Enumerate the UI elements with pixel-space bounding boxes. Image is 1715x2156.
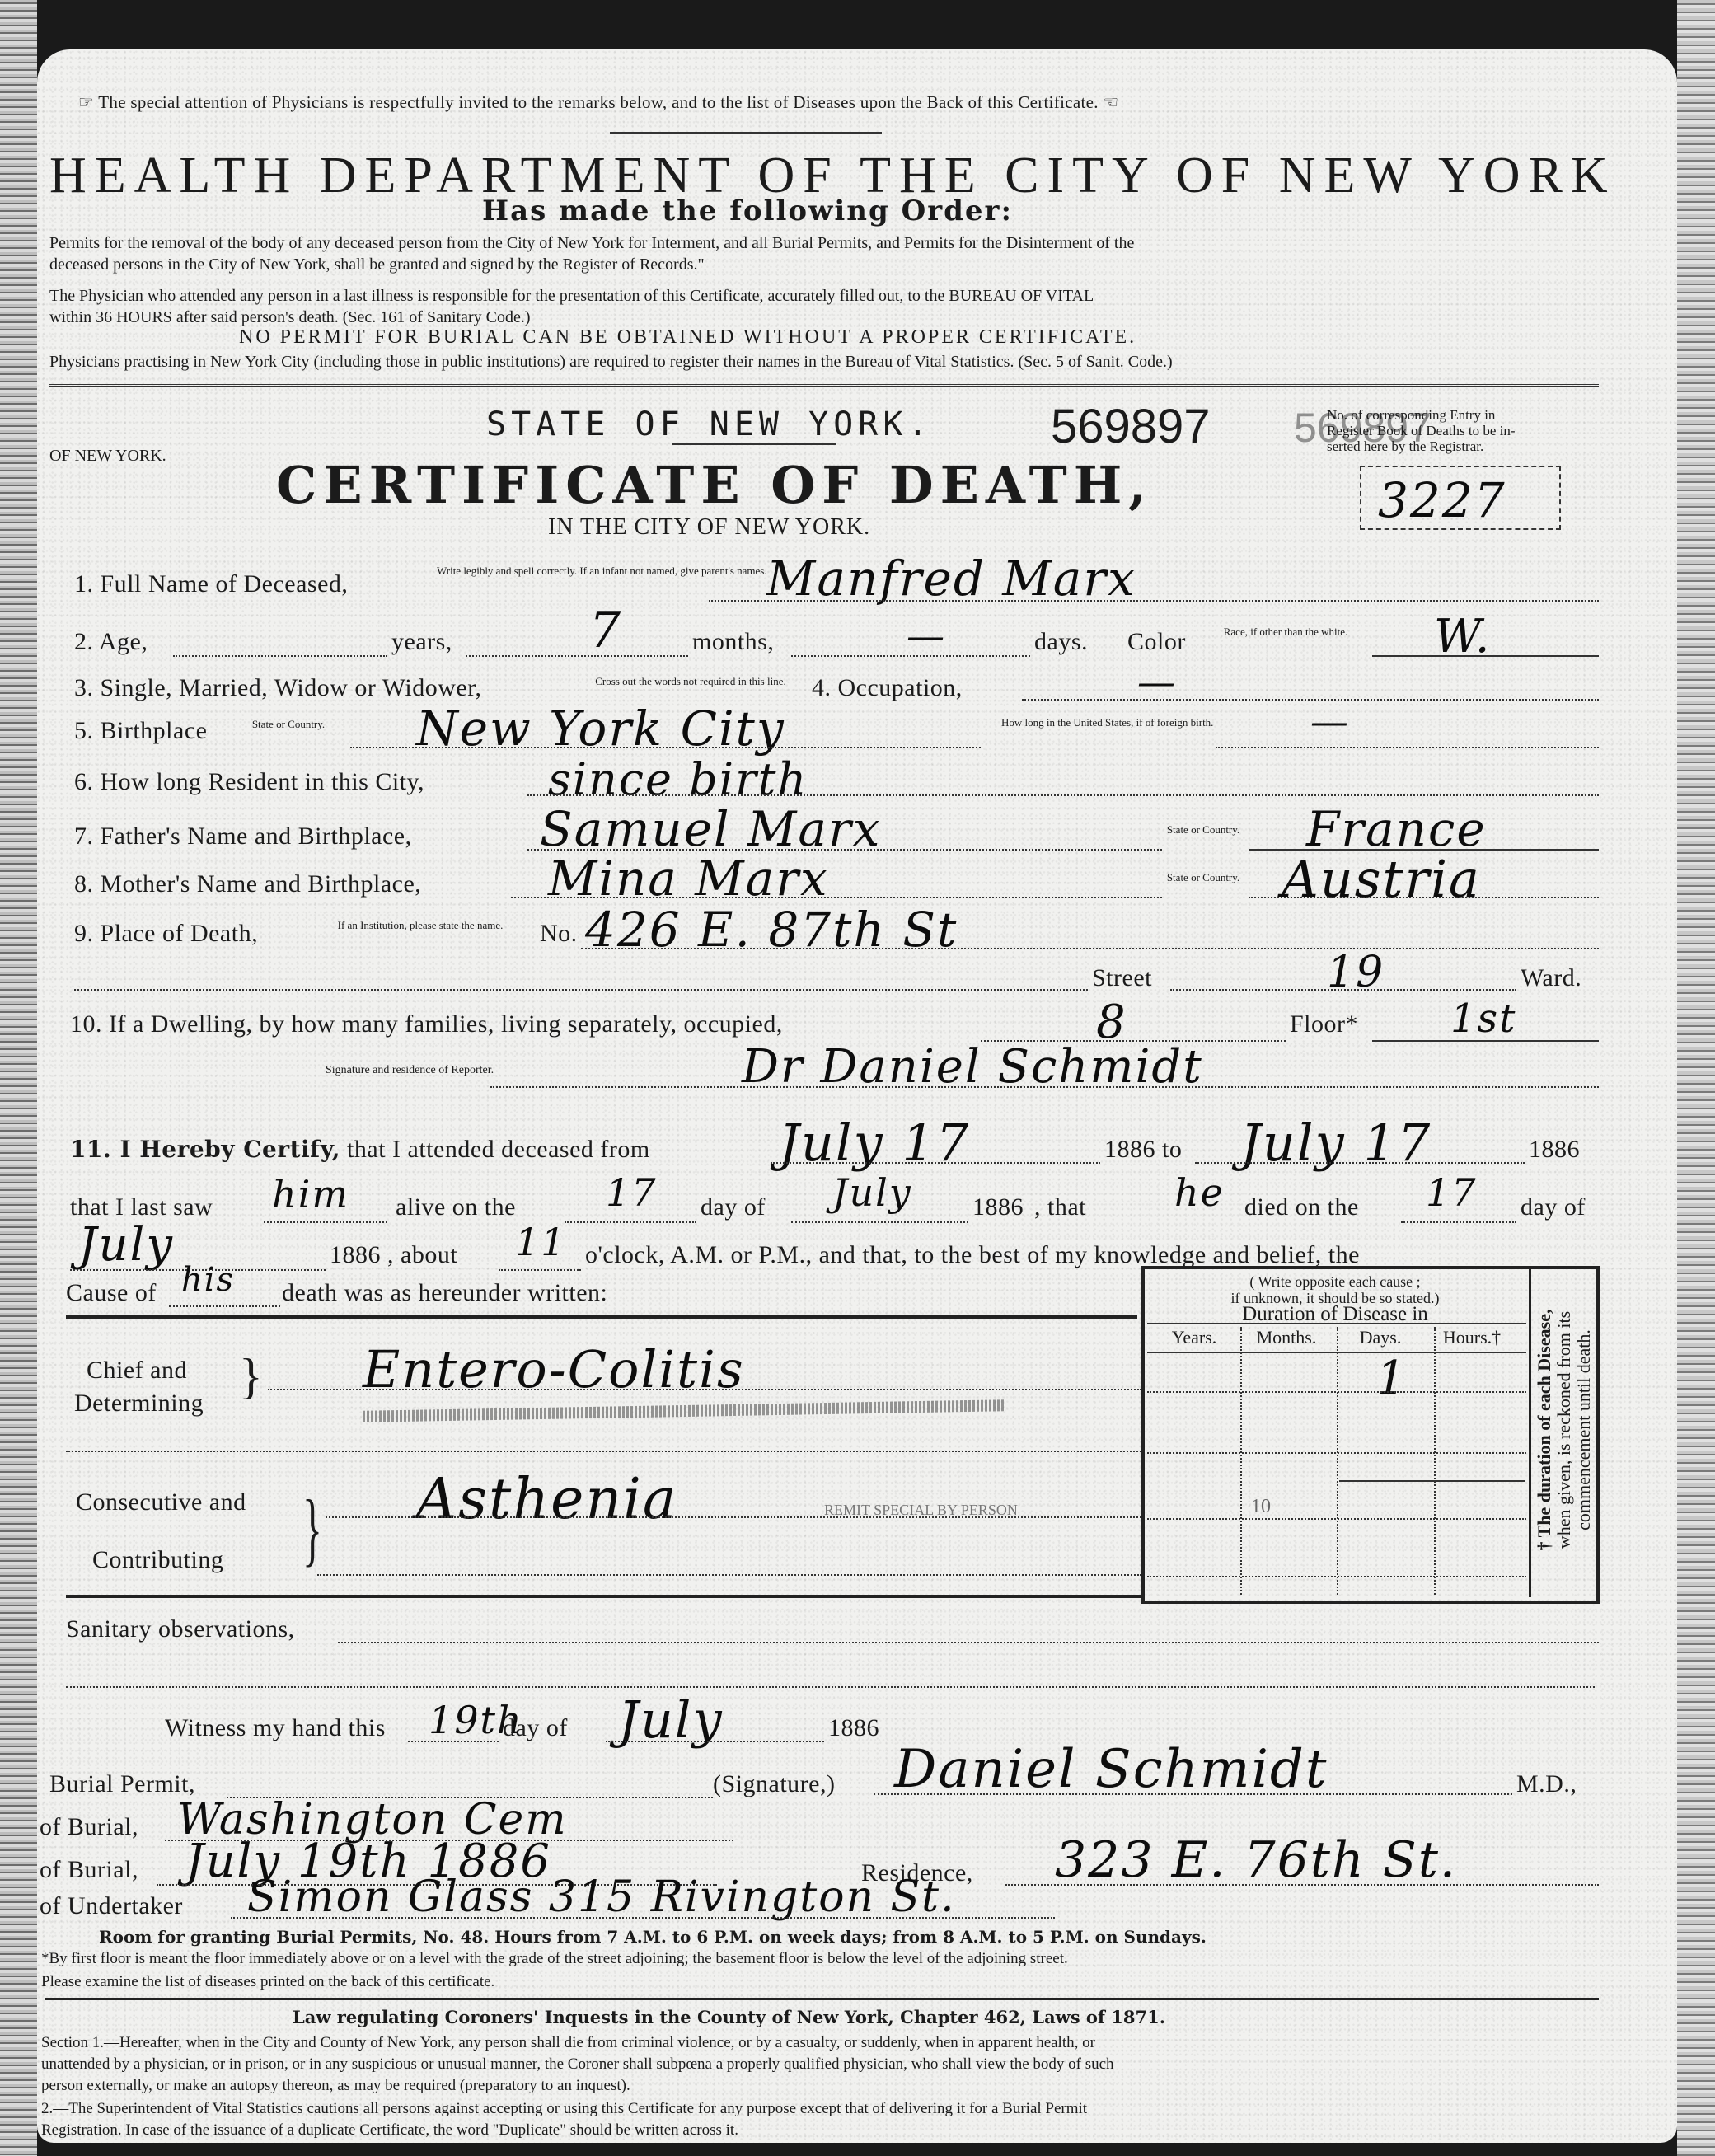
chief-cause-value[interactable]: Entero-Colitis [363,1339,745,1399]
physician-notice-line-1: The Physician who attended any person in… [49,287,1094,306]
column-days: Days. [1334,1327,1427,1348]
notices-divider [45,1998,1599,2000]
occupation-value[interactable]: — [1137,659,1177,704]
death-day[interactable]: 17 [1426,1170,1478,1215]
father-state-note: State or Country. [1166,824,1240,836]
register-entry-note: No. of corresponding Entry in Register B… [1327,407,1516,454]
witness-year: 1886 [828,1714,879,1742]
burial-permit-label: Burial Permit, [49,1770,195,1798]
undertaker-value[interactable]: Simon Glass 315 Rivington St. [247,1872,956,1922]
examine-notice: Please examine the list of diseases prin… [41,1971,494,1993]
duration-note: ( Write opposite each cause ; if unknown… [1150,1273,1521,1323]
law-section-2-line-1: 2.—The Superintendent of Vital Statistic… [41,2098,1087,2120]
father-label: 7. Father's Name and Birthplace, [74,823,412,851]
register-notice: Physicians practising in New York City (… [49,353,1173,372]
certificate-subtitle: IN THE CITY OF NEW YORK. [548,514,870,541]
law-section-1-line-3: person externally, or make an autopsy th… [41,2075,630,2097]
serial-number: 569897 [1051,399,1211,454]
residence-duration-label: 6. How long Resident in this City, [74,768,424,796]
no-permit-notice: NO PERMIT FOR BURIAL CAN BE OBTAINED WIT… [239,326,1136,349]
that-label: , that [1034,1193,1086,1221]
law-section-1-line-1: Section 1.—Hereafter, when in the City a… [41,2032,1095,2054]
marital-status-label: 3. Single, Married, Widow or Widower, [74,674,482,702]
certificate-title: CERTIFICATE OF DEATH, [276,455,1153,515]
full-name-value[interactable]: Manfred Marx [766,551,1136,607]
year-2: 1886 [1529,1136,1580,1164]
place-of-death-no-label: No. [540,920,578,948]
scan-left-edge [0,0,37,2156]
order-text-line-2: deceased persons in the City of New York… [49,255,705,274]
place-of-burial-label: of Burial, [40,1813,138,1841]
mother-state-note: State or Country. [1166,872,1240,883]
birthplace-note: State or Country. [235,719,342,730]
ward-label: Ward. [1521,964,1581,992]
consecutive-label-1: Consecutive and [76,1488,246,1516]
md-label: M.D., [1516,1770,1577,1798]
last-saw-label: that I last saw [70,1193,213,1221]
age-years-label: years, [391,628,452,656]
reporter-note: Signature and residence of Reporter. [326,1065,482,1076]
street-label: Street [1092,964,1152,992]
law-section-1-line-2: unattended by a physician, or in prison,… [41,2054,1114,2075]
chief-cause-label-2: Determining [74,1390,204,1418]
day-of-label-2: day of [1521,1193,1586,1221]
consecutive-brace: } [302,1488,322,1570]
witness-label: Witness my hand this [165,1714,386,1742]
divider [672,443,836,445]
column-years: Years. [1150,1327,1239,1348]
marital-status-note: Cross out the words not required in this… [592,676,790,687]
occupation-label: 4. Occupation, [812,674,963,702]
cause-suffix: death was as hereunder written: [282,1279,607,1307]
chief-brace: } [239,1352,263,1401]
left-margin-label: OF NEW YORK. [49,447,166,466]
about-label: , about [387,1241,457,1269]
families-label: 10. If a Dwelling, by how many families,… [70,1010,783,1038]
death-month[interactable]: July [78,1218,174,1272]
sanitary-label: Sanitary observations, [66,1615,295,1643]
chief-duration-days[interactable]: 1 [1376,1352,1408,1405]
physician-signature[interactable]: Daniel Schmidt [894,1739,1328,1800]
physician-notice-line-2: within 36 HOURS after said person's deat… [49,308,531,327]
age-months-label: months, [692,628,774,656]
attended-from-value[interactable]: July 17 [779,1113,970,1173]
full-name-note: Write legibly and spell correctly. If an… [437,565,692,577]
order-text-line-1: Permits for the removal of the body of a… [49,234,1134,253]
alive-label: alive on the [396,1193,516,1221]
death-hour[interactable]: 11 [515,1220,567,1264]
pointing-hand-icon: ☞ [78,92,98,112]
residence-duration-value[interactable]: since birth [548,753,808,805]
column-hours: Hours.† [1427,1327,1517,1348]
last-saw-day[interactable]: 17 [606,1170,658,1215]
residence-value[interactable]: 323 E. 76th St. [1055,1831,1457,1889]
age-label: 2. Age, [74,628,148,656]
cause-prefix: Cause of [66,1279,157,1307]
day-of-label: day of [701,1193,766,1221]
full-name-label: 1. Full Name of Deceased, [74,570,348,598]
floor-label: Floor* [1290,1010,1358,1038]
witness-day-of-label: day of [503,1714,568,1742]
header-divider [49,384,1599,387]
order-heading: Has made the following Order: [482,195,1013,227]
us-residence-value[interactable]: — [1310,699,1350,743]
attention-notice: ☞ The special attention of Physicians is… [78,92,1118,113]
age-months-value[interactable]: 7 [589,602,622,659]
consecutive-label-2: Contributing [92,1546,223,1574]
consecutive-duration-months[interactable]: 10 [1251,1496,1271,1518]
year-3: 1886 [972,1193,1024,1221]
pronoun-him[interactable]: him [272,1172,349,1216]
duration-column-headers: Years. Months. Days. Hours.† [1150,1327,1529,1348]
date-of-burial-label: of Burial, [40,1856,138,1884]
mother-label: 8. Mother's Name and Birthplace, [74,870,421,898]
us-residence-note: How long in the United States, if of for… [1001,717,1207,729]
room-notice: Room for granting Burial Permits, No. 48… [99,1927,1207,1947]
year-1: 1886 [1104,1136,1155,1164]
place-of-death-label: 9. Place of Death, [74,920,258,948]
pointing-hand-icon: ☜ [1099,92,1119,112]
died-on-label: died on the [1244,1193,1359,1221]
certify-line-1: 11. I Hereby Certify, that I attended de… [70,1136,650,1164]
law-section-2-line-2: Registration. In case of the issuance of… [41,2120,738,2141]
color-note: Race, if other than the white. [1211,626,1360,638]
scan-right-edge [1677,0,1715,2156]
signature-label: (Signature,) [713,1770,835,1798]
register-entry-number: 3227 [1378,472,1506,528]
age-days-value[interactable]: — [907,613,946,658]
sanitary-value-line[interactable] [338,1642,1599,1643]
law-heading: Law regulating Coroners' Inquests in the… [293,2007,1165,2027]
attended-to-value[interactable]: July 17 [1240,1113,1432,1173]
register-entry-box: 3227 [1360,466,1561,530]
consecutive-cause-value[interactable]: Asthenia [416,1467,677,1532]
floor-value[interactable]: 1st [1450,996,1516,1042]
birthplace-label: 5. Birthplace [74,717,207,745]
duration-side-note: † The duration of each Disease, when giv… [1535,1269,1594,1591]
floor-notice: *By first floor is meant the floor immed… [41,1948,1068,1970]
pronoun-he[interactable]: he [1174,1170,1225,1215]
year-4: 1886 [330,1241,381,1269]
oclock-text: o'clock, A.M. or P.M., and that, to the … [585,1241,1360,1269]
color-label: Color [1127,628,1186,656]
column-months: Months. [1239,1327,1334,1348]
divider [610,132,882,134]
pronoun-his[interactable]: his [181,1261,235,1299]
chief-cause-label-1: Chief and [87,1357,187,1385]
to-label: to [1162,1136,1182,1164]
mother-birthplace-value[interactable]: Austria [1282,849,1481,909]
last-saw-month[interactable]: July [832,1170,912,1215]
place-of-death-note: If an Institution, please state the name… [326,920,515,931]
age-days-label: days. [1034,628,1088,656]
state-line: STATE OF NEW YORK. [486,405,932,443]
undertaker-label: of Undertaker [40,1892,183,1920]
